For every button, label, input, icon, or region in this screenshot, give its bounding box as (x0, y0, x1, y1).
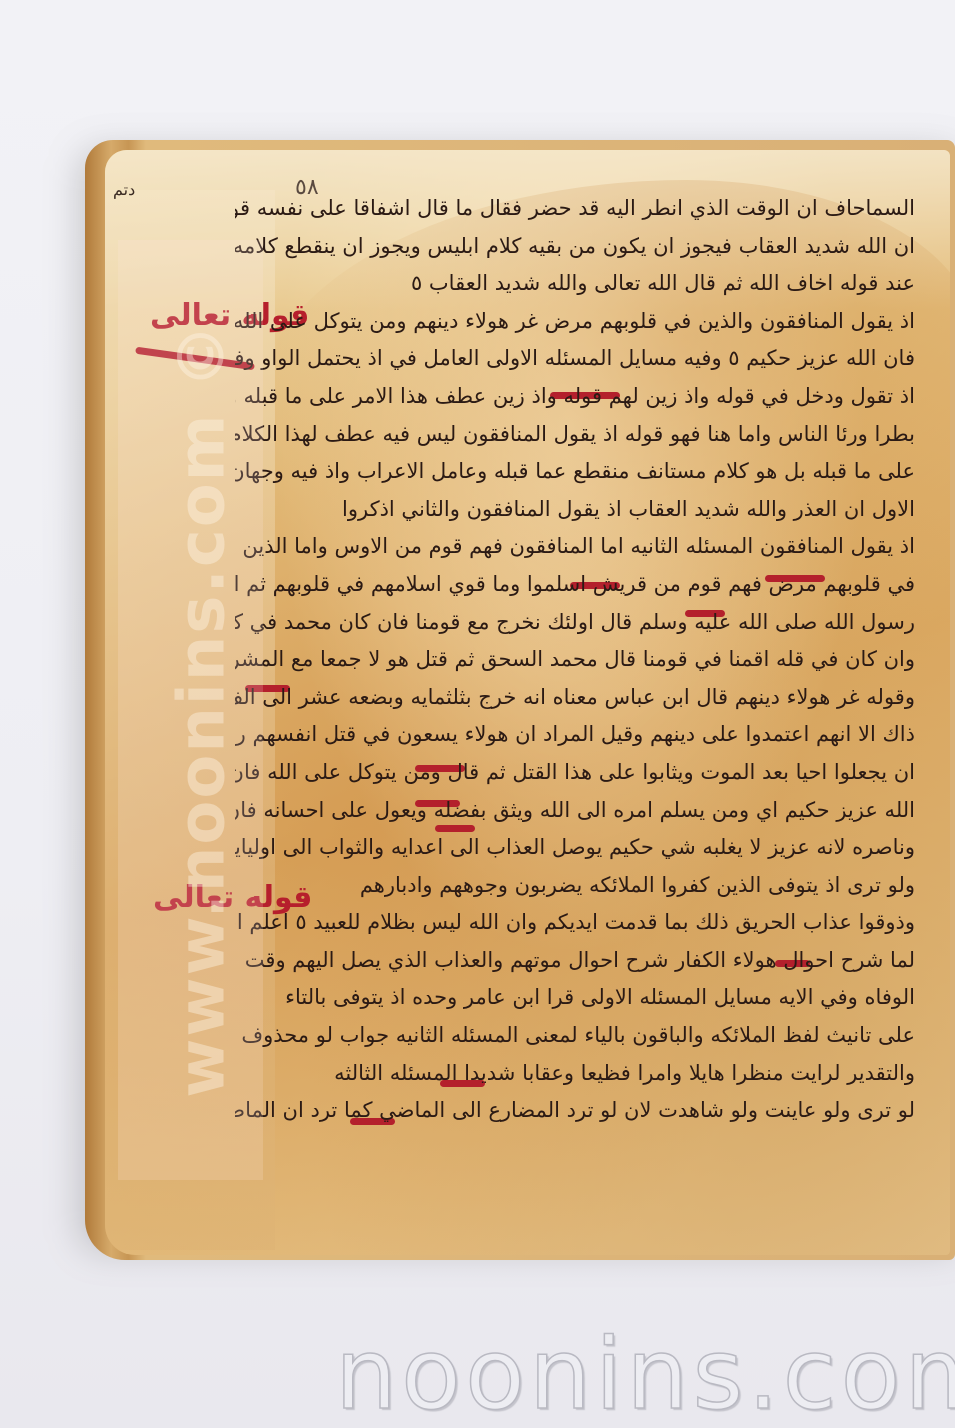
text-line: وان كان في قله اقمنا في قومنا قال محمد ا… (235, 641, 915, 679)
watermark-vertical: www.noonins.com © (168, 240, 238, 1180)
watermark-bottom: noonins.com (335, 1318, 955, 1428)
text-line: في قلوبهم مرض فهم قوم من قريش اسلموا وما… (235, 566, 915, 604)
text-line: لو ترى ولو عاينت ولو شاهدت لان لو ترد ال… (235, 1092, 915, 1130)
text-line: عند قوله اخاف الله ثم قال الله تعالى وال… (235, 265, 915, 303)
text-line: والتقدير لرايت منظرا هايلا وامرا فظيعا و… (235, 1055, 915, 1093)
manuscript-text: السماحاف ان الوقت الذي انطر اليه قد حضر … (235, 190, 915, 1130)
text-line: ان يجعلوا احيا بعد الموت ويثابوا على هذا… (235, 754, 915, 792)
text-line: على تانيث لفظ الملائكه والباقون بالياء ل… (235, 1017, 915, 1055)
text-line: اذ يقول المنافقون المسئله الثانيه اما ال… (235, 528, 915, 566)
text-line: ان الله شديد العقاب فيجوز ان يكون من بقي… (235, 228, 915, 266)
text-line: وقوله غر هولاء دينهم قال ابن عباس معناه … (235, 679, 915, 717)
text-line: الاول ان العذر والله شديد العقاب اذ يقول… (235, 491, 915, 529)
text-line: وناصره لانه عزيز لا يغلبه شي حكيم يوصل ا… (235, 829, 915, 867)
watermark-vertical-text: www.noonins.com © (166, 322, 240, 1097)
text-line: الوفاه وفي الايه مسايل المسئله الاولى قر… (235, 979, 915, 1017)
text-line: السماحاف ان الوقت الذي انطر اليه قد حضر … (235, 190, 915, 228)
text-line: لما شرح احوال هولاء الكفار شرح احوال موت… (235, 942, 915, 980)
text-line: فان الله عزيز حكيم ٥ وفيه مسايل المسئله … (235, 340, 915, 378)
text-line: رسول الله صلى الله عليه وسلم قال اولئك ن… (235, 604, 915, 642)
text-line: على ما قبله بل هو كلام مستانف منقطع عما … (235, 453, 915, 491)
text-line: وذوقوا عذاب الحريق ذلك بما قدمت ايديكم و… (235, 904, 915, 942)
text-line: ولو ترى اذ يتوفى الذين كفروا الملائكه يض… (235, 867, 915, 905)
text-line: ذاك الا انهم اعتمدوا على دينهم وقيل المر… (235, 716, 915, 754)
margin-note: دتم (113, 180, 135, 199)
text-line: اذ تقول ودخل في قوله واذ زين لهم قوله وا… (235, 378, 915, 416)
text-line: الله عزيز حكيم اي ومن يسلم امره الى الله… (235, 792, 915, 830)
text-line: اذ يقول المنافقون والذين في قلوبهم مرض غ… (235, 303, 915, 341)
text-line: بطرا ورئا الناس واما هنا فهو قوله اذ يقو… (235, 416, 915, 454)
